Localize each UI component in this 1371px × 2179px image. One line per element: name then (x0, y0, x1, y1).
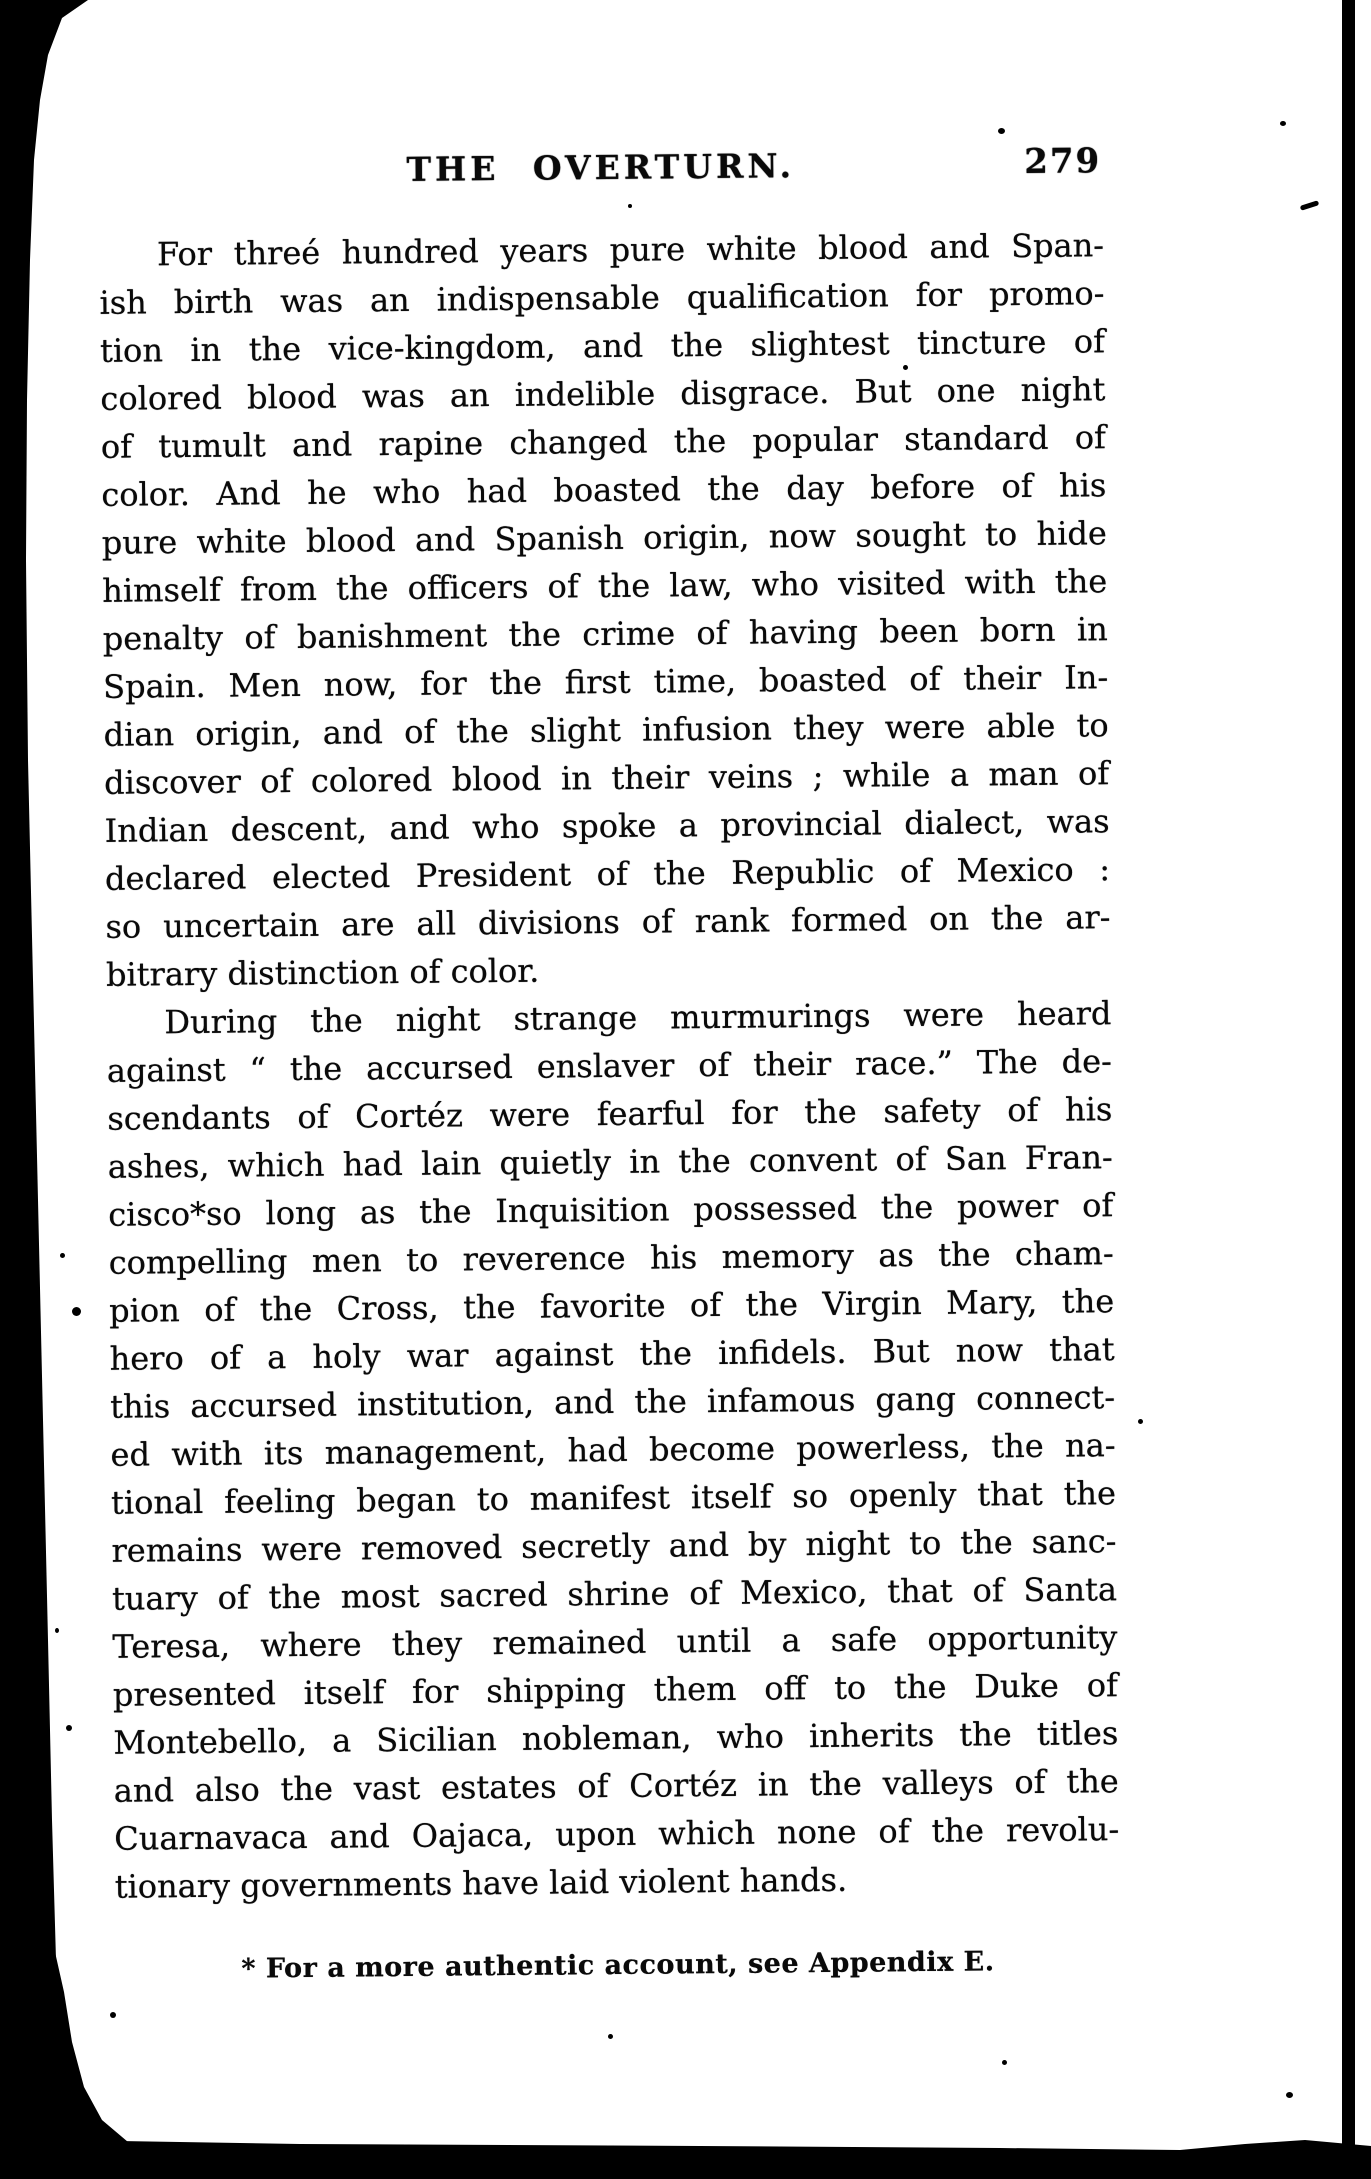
paragraph: During the night strange murmurings were… (106, 989, 1120, 1911)
ink-speck (1138, 1419, 1143, 1424)
text-line: tionary governments have laid violent ha… (114, 1853, 1119, 1911)
scan-right-edge-line (1342, 0, 1355, 2179)
scanned-book-page: THE OVERTURN. 279 For threé hundred year… (0, 0, 1371, 2179)
ink-speck (1286, 2092, 1293, 2098)
paragraph: For threé hundred years pure white blood… (99, 221, 1111, 999)
scan-left-edge-shadow (0, 0, 90, 1995)
page-number: 279 (1024, 141, 1101, 182)
page-title: THE OVERTURN. (98, 143, 1103, 192)
body-text: For threé hundred years pure white blood… (99, 221, 1120, 1911)
ink-speck (1300, 200, 1320, 211)
ink-speck (66, 1725, 72, 1731)
text-column: THE OVERTURN. 279 For threé hundred year… (97, 0, 1123, 2179)
text-line: Cuarnavaca and Oajaca, upon which none o… (114, 1805, 1119, 1863)
ink-speck (1280, 121, 1286, 126)
running-header: THE OVERTURN. 279 (98, 143, 1103, 195)
ink-speck (72, 1307, 81, 1316)
text-line: so uncertain are all divisions of rank f… (105, 893, 1110, 951)
ink-speck (55, 1628, 59, 1633)
footnote: * For a more authentic account, see Appe… (115, 1945, 1120, 1986)
ink-speck (60, 1253, 65, 1258)
